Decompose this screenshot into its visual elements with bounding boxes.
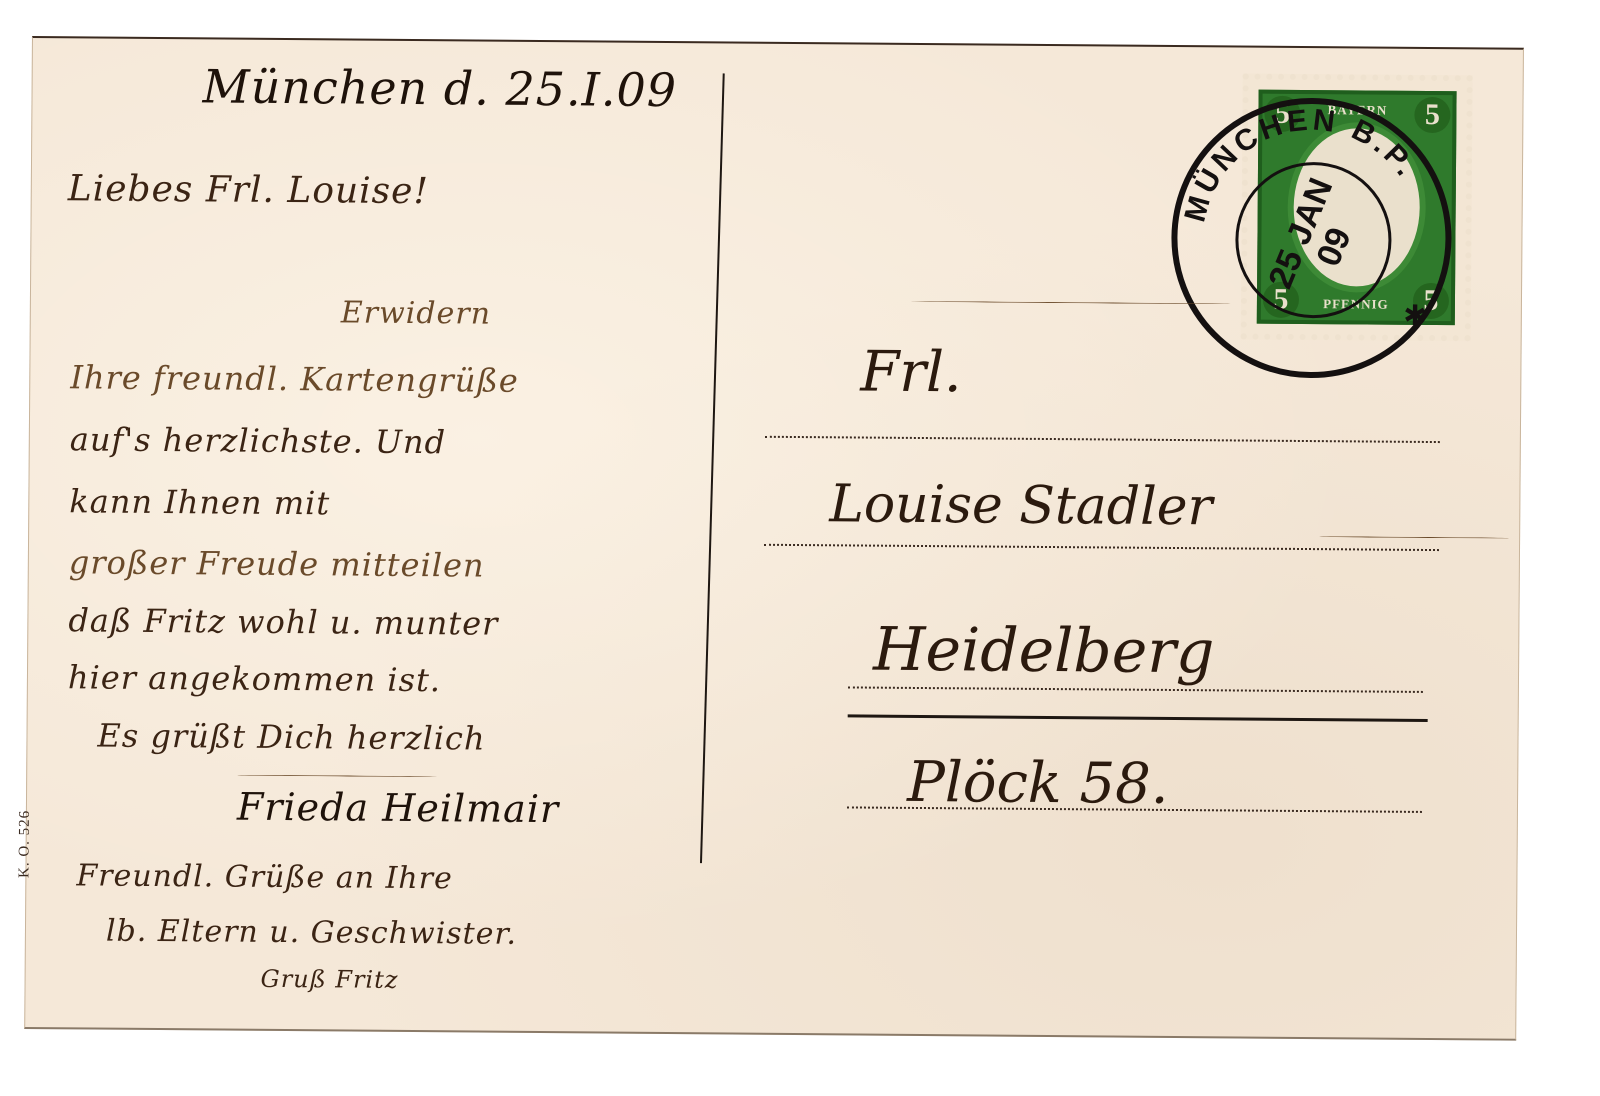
address-name: Louise Stadler bbox=[829, 474, 1212, 537]
message-line: hier angekommen ist. bbox=[68, 658, 441, 699]
postscript-line: Freundl. Grüße an Ihre bbox=[76, 858, 453, 896]
message-line: auf's herzlichste. Und bbox=[70, 420, 447, 461]
address-flourish bbox=[1319, 536, 1509, 538]
address-dotted-line bbox=[848, 686, 1423, 693]
center-divider-line bbox=[700, 73, 725, 863]
message-line: kann Ihnen mit bbox=[69, 482, 330, 522]
message-line: Ihre freundl. Kartengrüße bbox=[70, 358, 519, 400]
message-line: daß Fritz wohl u. munter bbox=[68, 601, 498, 642]
message-line: Erwidern bbox=[341, 295, 491, 331]
postmark: MÜNCHEN B.P. 25 JAN 09 ✱ bbox=[1170, 97, 1452, 379]
postscript-line: lb. Eltern u. Geschwister. bbox=[106, 914, 517, 952]
message-line: großer Freude mitteilen bbox=[69, 543, 485, 584]
address-dotted-line bbox=[765, 436, 1440, 443]
address-city-underline bbox=[848, 714, 1428, 722]
signature: Frieda Heilmair bbox=[237, 785, 560, 832]
message-line: Es grüßt Dich herzlich bbox=[97, 717, 485, 758]
address-dotted-line bbox=[764, 544, 1439, 551]
greeting: Liebes Frl. Louise! bbox=[68, 168, 429, 212]
signature-flourish bbox=[237, 775, 437, 778]
publisher-code: K. O. 526 bbox=[16, 810, 34, 878]
address-city: Heidelberg bbox=[873, 615, 1215, 688]
postscript-line: Gruß Fritz bbox=[260, 965, 398, 994]
address-title: Frl. bbox=[860, 340, 962, 406]
star-icon: ✱ bbox=[1403, 299, 1427, 333]
place-date: München d. 25.I.09 bbox=[202, 59, 677, 117]
postcard: K. O. 526 München d. 25.I.09 Liebes Frl.… bbox=[24, 36, 1524, 1041]
